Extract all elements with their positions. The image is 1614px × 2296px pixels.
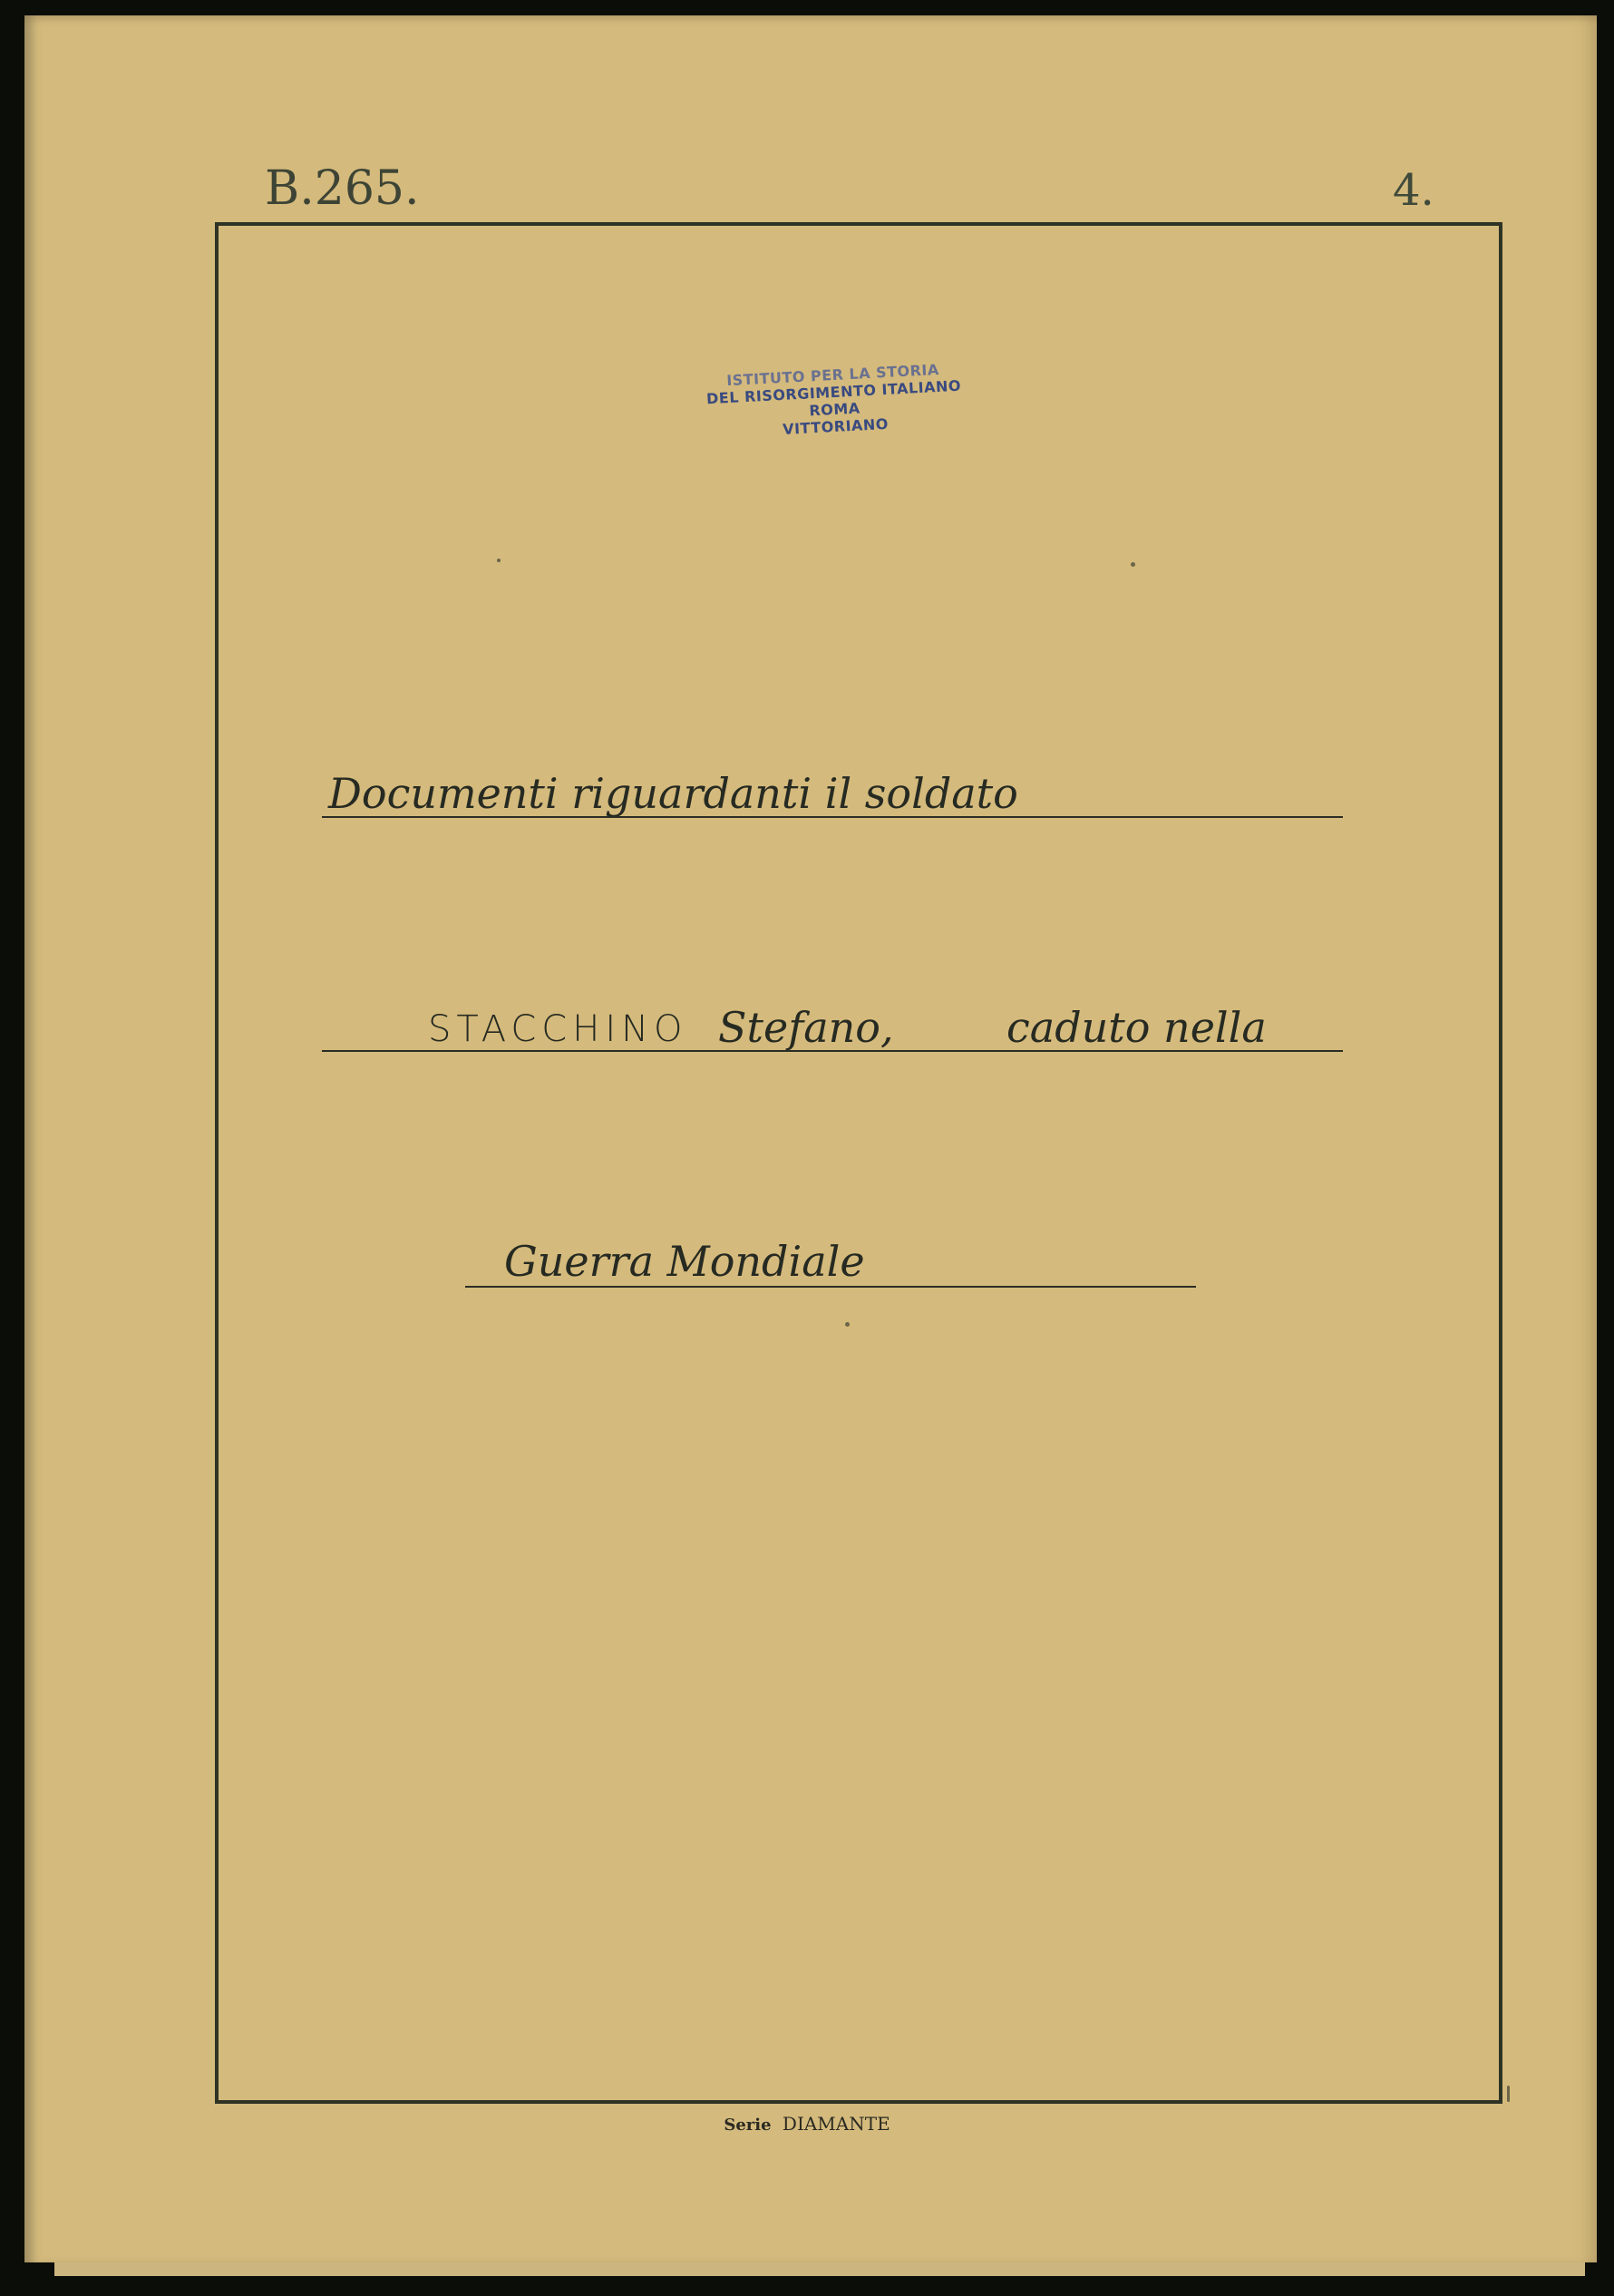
- paper-speck: [497, 559, 501, 562]
- paper-speck: [845, 1322, 850, 1327]
- soldier-first-name: Stefano,: [718, 1003, 894, 1052]
- folder-cover: [24, 15, 1597, 2262]
- series-footer: Serie DIAMANTE: [0, 2113, 1614, 2135]
- series-label: Serie: [724, 2116, 771, 2135]
- series-name: DIAMANTE: [783, 2113, 890, 2135]
- rule-line-1: [322, 816, 1343, 818]
- paper-speck: [1131, 562, 1135, 567]
- folder-number: B.265.: [265, 161, 420, 216]
- title-line-2-end: caduto nella: [1006, 1003, 1267, 1052]
- paper-mark: [1507, 2086, 1510, 2102]
- title-line-3: Guerra Mondiale: [504, 1237, 865, 1286]
- title-line-1: Documenti riguardanti il soldato: [328, 769, 1018, 818]
- rule-line-3: [465, 1286, 1196, 1288]
- page-number: 4.: [1393, 165, 1434, 216]
- cover-frame-border: [215, 222, 1502, 2104]
- soldier-surname: STACCHINO: [428, 1008, 688, 1050]
- rule-line-2: [322, 1050, 1343, 1052]
